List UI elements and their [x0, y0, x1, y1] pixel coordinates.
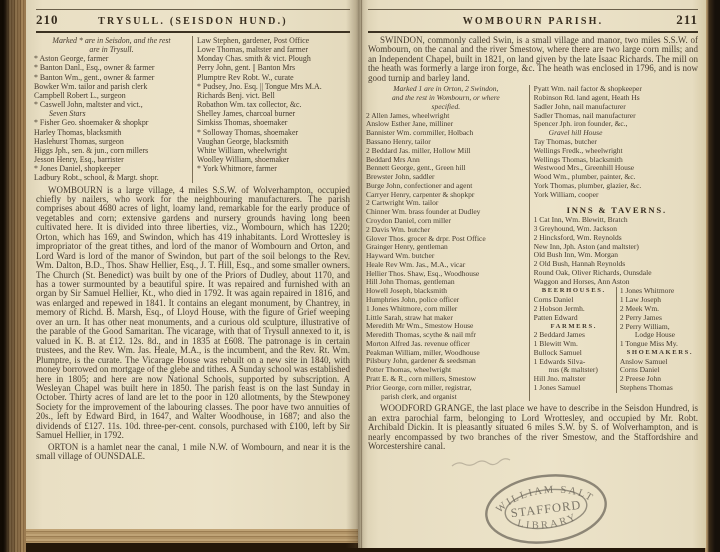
directory-entry: 2 Davis Wm. butcher — [366, 226, 526, 235]
directory-entry: * Jones Daniel, shopkeeper — [34, 164, 189, 173]
directory-entry: Marked * are in Seisdon, and the rest — [34, 36, 189, 45]
wombourn-directory-columns: Marked 1 are in Orton, 2 Swindon,and the… — [366, 85, 700, 401]
directory-entry: Lodge House — [620, 331, 700, 340]
directory-entry: Bannister Wm. cornmiller, Holbach — [366, 129, 526, 138]
inns-taverns-header: INNS & TAVERNS. — [534, 206, 700, 215]
directory-entry: * Aston George, farmer — [34, 54, 189, 63]
directory-entry: * Fisher Geo. shoemaker & shopkpr — [34, 118, 189, 127]
directory-entry: Pyatt Wm. nail factor & shopkeeper — [534, 85, 700, 94]
directory-entry: Pratt E. & R., corn millers, Smestow — [366, 375, 526, 384]
running-title-wombourn: WOMBOURN PARISH. — [412, 16, 654, 27]
directory-entry: 1 Law Joseph — [620, 296, 700, 305]
directory-entry: Brewster John, saddler — [366, 173, 526, 182]
directory-entry: Plumptre Rev Robt. W., curate — [197, 73, 352, 82]
directory-entry: Hill Jno. maltster — [534, 375, 614, 384]
directory-entry: 2 Hobson Jermh. — [534, 305, 614, 314]
directory-entry: Beddard Mrs Ann — [366, 156, 526, 165]
directory-entry: are in Trysull. — [34, 45, 189, 54]
directory-entry: Sadler Thomas, nail manufacturer — [534, 112, 700, 121]
directory-entry: 2 Allen James, wheelwright — [366, 112, 526, 121]
trysull-directory-col1: Marked * are in Seisdon, and the restare… — [34, 36, 193, 183]
directory-entry: parish clerk, and organist — [366, 393, 526, 402]
page-right-211: WOMBOURN PARISH. 211 SWINDON, commonly c… — [358, 0, 706, 548]
directory-entry: Round Oak, Oliver Richards, Ounsdale — [534, 269, 700, 278]
directory-entry: Glover Thos. grocer & drpr. Post Office — [366, 235, 526, 244]
directory-entry: Corns Daniel — [534, 296, 614, 305]
directory-entry: Stephens Thomas — [620, 384, 700, 393]
directory-entry: Bowker Wm. tailor and parish clerk — [34, 82, 189, 91]
directory-entry: Prior George, corn miller, registrar, — [366, 384, 526, 393]
directory-entry: * Pudsey, Jno. Esq. || Tongue Mrs M.A. — [197, 82, 352, 91]
wombourn-paragraph: WOMBOURN is a large village, 4 miles S.S… — [36, 186, 350, 441]
directory-entry: Bassano Henry, tailor — [366, 138, 526, 147]
directory-entry: Lowe Thomas, maltster and farmer — [197, 45, 352, 54]
directory-entry: 1 Jones Samuel — [534, 384, 614, 393]
library-stamp: WILLIAM SALT LIBRARY STAFFORD — [472, 460, 621, 552]
directory-entry: Sadler John, nail manufacturer — [534, 103, 700, 112]
directory-entry: Patten Edward — [534, 314, 614, 323]
directory-entry: * Banton Danl., Esq., owner & farmer — [34, 63, 189, 72]
directory-entry: Corns Daniel — [620, 366, 700, 375]
directory-entry: Robinson Rd. land agent, Heath Hs — [534, 94, 700, 103]
inns-taverns-list: 1 Cat Inn, Wm. Blewitt, Bratch3 Greyhoun… — [534, 216, 700, 286]
page-left-210: 210 TRYSULL. (SEISDON HUND.) Marked * ar… — [26, 0, 358, 529]
directory-entry: Harley Thomas, blacksmith — [34, 128, 189, 137]
directory-entry: 1 Jones Whitmore, corn miller — [366, 305, 526, 314]
directory-entry: 1 Tongue Miss My. — [620, 340, 700, 349]
trysull-directory-columns: Marked * are in Seisdon, and the restare… — [34, 36, 352, 183]
pencil-smudge — [450, 458, 520, 472]
book-scan: 210 TRYSULL. (SEISDON HUND.) Marked * ar… — [0, 0, 720, 552]
directory-entry: Meredith Mr Wm., Smestow House — [366, 322, 526, 331]
directory-entry: Perry John, gent. || Banton Mrs — [197, 63, 352, 72]
directory-entry: 1 Blewitt Wm. — [534, 340, 614, 349]
directory-entry: Higgs Jph., sen. & jun., corn millers — [34, 146, 189, 155]
directory-entry: 2 Old Bush, Hannah Reynolds — [534, 260, 700, 269]
book-page-edges-right — [705, 0, 720, 552]
directory-entry: 2 Preese John — [620, 375, 700, 384]
directory-entry: Vaughan George, blacksmith — [197, 137, 352, 146]
directory-entry: Waggon and Horses, Ann Aston — [534, 278, 700, 287]
directory-entry: specified. — [366, 103, 526, 112]
directory-entry: 2 Beddard James — [534, 331, 614, 340]
page-number-210: 210 — [36, 12, 80, 28]
directory-entry: Anslow Samuel — [620, 358, 700, 367]
book-page-edges-bottom — [26, 529, 358, 543]
directory-entry: 3 Greyhound, Wm. Jackson — [534, 225, 700, 234]
directory-entry: * Caswell John, maltster and vict., — [34, 100, 189, 109]
directory-entry: Old Bush Inn, Wm. Morgan — [534, 251, 700, 260]
directory-entry: Ladbury Robt., school, & Margt. shopr. — [34, 173, 189, 182]
directory-entry: Chinner Wm. brass founder at Dudley — [366, 208, 526, 217]
directory-entry: New Inn, Jph. Aston (and maltster) — [534, 243, 700, 252]
directory-entry: Pilsbury John, gardener & seedsman — [366, 357, 526, 366]
directory-entry: nus (& maltster) — [534, 366, 614, 375]
trysull-directory-col2: Law Stephen, gardener, Post OfficeLowe T… — [193, 36, 352, 183]
directory-entry: Grainger Henry, gentleman — [366, 243, 526, 252]
directory-entry: BEERHOUSES. — [534, 287, 614, 296]
directory-entry: Wood Wm., plumber, painter, &c. — [534, 173, 700, 182]
directory-entry: Haslehurst Thomas, surgeon — [34, 137, 189, 146]
directory-entry: SHOEMAKERS. — [620, 349, 700, 358]
directory-entry: Tay Thomas, butcher — [534, 138, 700, 147]
directory-entry: Morton Alfred Jas. revenue officer — [366, 340, 526, 349]
directory-entry: Westwood Mrs., Greenhill House — [534, 164, 700, 173]
woodford-grange-paragraph: WOODFORD GRANGE, the last place we have … — [368, 404, 698, 451]
directory-entry: Croydon Daniel, corn miller — [366, 217, 526, 226]
directory-entry: Marked 1 are in Orton, 2 Swindon, — [366, 85, 526, 94]
directory-entry: 1 Edwards Silva- — [534, 358, 614, 367]
directory-entry: 2 Hincksford, Wm. Reynolds — [534, 234, 700, 243]
directory-entry: Spencer Jph. iron founder, &c., — [534, 120, 700, 129]
running-title-trysull: TRYSULL. (SEISDON HUND.) — [80, 16, 306, 27]
beerhouses-farmers-subcolumn: BEERHOUSES.Corns Daniel2 Hobson Jermh.Pa… — [534, 287, 617, 392]
directory-entry: Bullock Samuel — [534, 349, 614, 358]
directory-entry: Little Sarah, straw hat maker — [366, 314, 526, 323]
directory-entry: Carryer Henry, carpenter & shopkpr — [366, 191, 526, 200]
directory-entry: Hill John Thomas, gentleman — [366, 278, 526, 287]
wombourn-directory-col2: Pyatt Wm. nail factor & shopkeeperRobins… — [530, 85, 700, 401]
orton-paragraph: ORTON is a hamlet near the canal, 1 mile… — [36, 443, 350, 462]
directory-entry: 2 Cartwright Wm. tailor — [366, 199, 526, 208]
directory-entry: Wellings Thomas, blacksmith — [534, 156, 700, 165]
directory-entry: Shelley James, charcoal burner — [197, 109, 352, 118]
directory-entry: Bennett George, gent., Green hill — [366, 164, 526, 173]
directory-entry: Hellier Thos. Shaw, Esq., Woodhouse — [366, 270, 526, 279]
running-head-right: WOMBOURN PARISH. 211 — [368, 9, 698, 33]
directory-entry: Heale Rev Wm. Jas., M.A., vicar — [366, 261, 526, 270]
directory-entry: * York Whitmore, farmer — [197, 164, 352, 173]
running-head-left: 210 TRYSULL. (SEISDON HUND.) — [36, 9, 350, 33]
trades-subcolumns: BEERHOUSES.Corns Daniel2 Hobson Jermh.Pa… — [534, 287, 700, 392]
directory-entry: York William, cooper — [534, 191, 700, 200]
swindon-paragraph: SWINDON, commonly called Swin, is a smal… — [368, 36, 698, 83]
directory-entry: White William, wheelwright — [197, 146, 352, 155]
directory-entry: Monday Chas. smith & vict. Plough — [197, 54, 352, 63]
directory-entry: 2 Beddard Jas. miller, Hollow Mill — [366, 147, 526, 156]
directory-entry: Burge John, confectioner and agent — [366, 182, 526, 191]
directory-entry: York Thomas, plumber, glazier, &c. — [534, 182, 700, 191]
directory-entry: 1 Jones Whitmore — [620, 287, 700, 296]
book-page-edges-left — [0, 0, 26, 552]
farmers-shoemakers-subcolumn: 1 Jones Whitmore1 Law Joseph2 Meek Wm.2 … — [617, 287, 700, 392]
directory-entry: * Banton Wm., gent., owner & farmer — [34, 73, 189, 82]
directory-entry: Simkiss Thomas, shoemaker — [197, 118, 352, 127]
directory-entry: 2 Meek Wm. — [620, 305, 700, 314]
directory-entry: Hayward Wm. butcher — [366, 252, 526, 261]
directory-entry: Robathon Wm. tax collector, &c. — [197, 100, 352, 109]
directory-entry: Humphries John, police officer — [366, 296, 526, 305]
directory-entry: Howell Joseph, blacksmith — [366, 287, 526, 296]
directory-entry: FARMERS. — [534, 323, 614, 332]
directory-entry: Jesson Henry, Esq., barrister — [34, 155, 189, 164]
directory-entry: Anslow Esther Jane, milliner — [366, 120, 526, 129]
directory-entry: 2 Perry James — [620, 314, 700, 323]
book-gutter-crease — [361, 0, 362, 548]
directory-entry: Seven Stars — [34, 109, 189, 118]
directory-entry: Law Stephen, gardener, Post Office — [197, 36, 352, 45]
wombourn-directory-col1: Marked 1 are in Orton, 2 Swindon,and the… — [366, 85, 530, 401]
directory-entry: and the rest in Wombourn, or where — [366, 94, 526, 103]
directory-entry: * Solloway Thomas, shoemaker — [197, 128, 352, 137]
directory-entry: Potter Thomas, wheelwright — [366, 366, 526, 375]
wombourn-directory-col2-entries: Pyatt Wm. nail factor & shopkeeperRobins… — [534, 85, 700, 199]
directory-entry: Gravel hill House — [534, 129, 700, 138]
directory-entry: Campbell Robert L., surgeon — [34, 91, 189, 100]
directory-entry: Richards Benj. vict. Bell — [197, 91, 352, 100]
directory-entry: 1 Cat Inn, Wm. Blewitt, Bratch — [534, 216, 700, 225]
directory-entry: Woolley William, shoemaker — [197, 155, 352, 164]
directory-entry: Peakman William, miller, Woodhouse — [366, 349, 526, 358]
directory-entry: 2 Perry William, — [620, 323, 700, 332]
page-number-211: 211 — [654, 12, 698, 28]
directory-entry: Wellings Fredk., wheelwright — [534, 147, 700, 156]
directory-entry: Meredith Thomas, scythe & nail mfr — [366, 331, 526, 340]
